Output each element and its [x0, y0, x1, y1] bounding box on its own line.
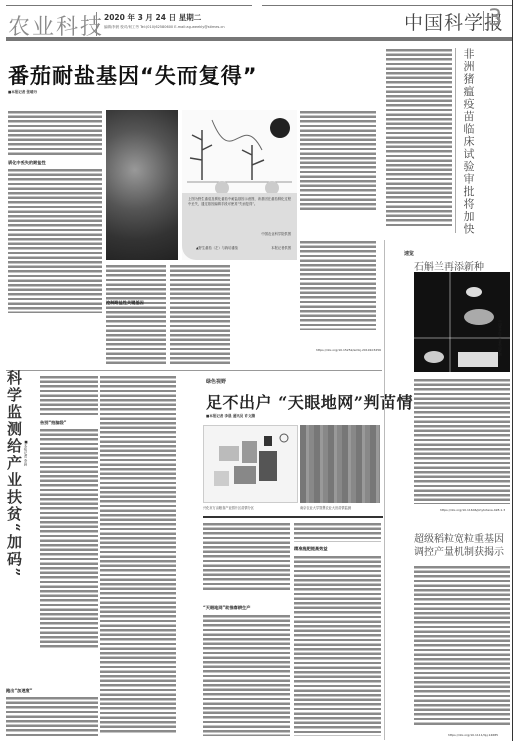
- brief1-body: [414, 378, 510, 504]
- aerial-photo: [300, 425, 380, 503]
- green-rule: [203, 516, 383, 518]
- brief2-headline: 超级稻粒宽粒重基因 调控产量机制获揭示: [414, 533, 504, 559]
- brief2-source-link[interactable]: https://doi.org/10.1111/tpj.14685: [448, 733, 498, 737]
- brief2-headline-line1: 超级稻粒宽粒重基因: [414, 533, 504, 546]
- crop-zone-map: [203, 425, 298, 503]
- orchid-caption: 中国科学院华南植物园供图: [498, 320, 502, 356]
- green-body-2: [203, 614, 290, 736]
- green-headline: 足不出户 “天眼地网”判苗情: [206, 390, 413, 413]
- left-byline: ■本报记者 李晨: [24, 440, 29, 466]
- green-subhead-2: 精准施肥提高效益: [294, 546, 328, 552]
- issue-date: 2020 年 3 月 24 日 星期二: [104, 12, 201, 23]
- lead-subhead-1: 驯化中丢失的耐盐性: [8, 160, 46, 166]
- header-thick-rule: [6, 37, 512, 41]
- map-icon: [204, 426, 299, 504]
- editor-info: 编辑/李晨 校对/何工劳 Tel:(010)62580600 E-mail:ag…: [104, 25, 225, 30]
- aerial-caption: 南京农业大学智慧农业大田苗情监测: [300, 505, 351, 510]
- lead-body-col2: [106, 264, 166, 364]
- lead-byline: ■本报记者 张晴丹: [8, 90, 37, 95]
- left-body-2: [40, 428, 98, 648]
- lead-source-link[interactable]: https://doi.org/10.15252/embj.2019103256: [316, 348, 381, 352]
- page-number: 3: [488, 6, 502, 31]
- green-body-4: [294, 555, 381, 736]
- page-right-border: [512, 0, 513, 741]
- vertical-headline-right: 非洲猪瘟疫苗临床试验审批将加快: [460, 48, 476, 236]
- header-divider: [96, 12, 97, 36]
- photo-caption: ▲野生番茄（左）与栽培番茄: [196, 245, 238, 250]
- left-subhead-2: 跑出“加速度”: [6, 688, 32, 694]
- figure-caption-box: 上图为野生番茄及驯化番茄中耐盐基因示意图，该基因在番茄驯化过程中丢失，通过基因编…: [182, 193, 297, 260]
- right-divider: [455, 48, 456, 233]
- top-rule-right: [262, 5, 512, 6]
- photo-credit: 本报记者供图: [271, 245, 291, 250]
- page-divider: [483, 11, 484, 31]
- lead-body-col1b: [8, 168, 102, 313]
- lead-headline: 番茄耐盐基因“失而复得”: [8, 60, 258, 90]
- vertical-headline-left: 科学监测给产业扶贫“加码”: [4, 370, 25, 578]
- map-caption: 兴化市万亩粮食产业园片区苗情分区: [203, 505, 254, 510]
- lead-body-col5: [300, 240, 376, 330]
- right-brief-body: [386, 48, 452, 228]
- green-view-label: 绿色视野: [206, 378, 226, 385]
- brief2-body: [414, 565, 510, 725]
- brief-label: 速览: [404, 250, 414, 257]
- brief2-headline-line2: 调控产量机制获揭示: [414, 546, 504, 559]
- lead-subhead-2: 控制耐盐性关键基因: [106, 300, 144, 306]
- top-rule-left: [6, 5, 252, 6]
- figure-caption: 上图为野生番茄及驯化番茄中耐盐基因示意图，该基因在番茄驯化过程中丢失，通过基因编…: [182, 193, 297, 211]
- orchid-photo: [414, 272, 510, 372]
- tomato-photo: [106, 110, 178, 260]
- lead-body-col4: [300, 110, 376, 210]
- left-body-1: [40, 375, 98, 415]
- right-col-divider: [384, 240, 385, 740]
- green-subhead-1: “天眼地网”助推春耕生产: [203, 605, 250, 611]
- left-subhead-1: 告别“拍脑袋”: [40, 420, 66, 426]
- left-body-3: [100, 375, 176, 735]
- lead-body-col3: [170, 264, 230, 364]
- plant-diagram-icon: [182, 110, 297, 195]
- brief1-headline: 石斛兰再添新种: [414, 258, 484, 273]
- green-body-3: [294, 522, 381, 542]
- green-body-1: [203, 522, 290, 592]
- lead-body-col1a: [8, 110, 102, 155]
- left-body-4: [6, 696, 98, 736]
- section-divider: [6, 370, 382, 371]
- figure-credit: 中国农业科学院供图: [261, 231, 291, 236]
- brief1-source-link[interactable]: https://doi.org/10.11646/phytotaxa.428.1…: [440, 508, 505, 512]
- green-byline: ■本报记者 李晨 通讯员 许文腾: [206, 414, 255, 419]
- orchid-image-icon: [414, 272, 510, 372]
